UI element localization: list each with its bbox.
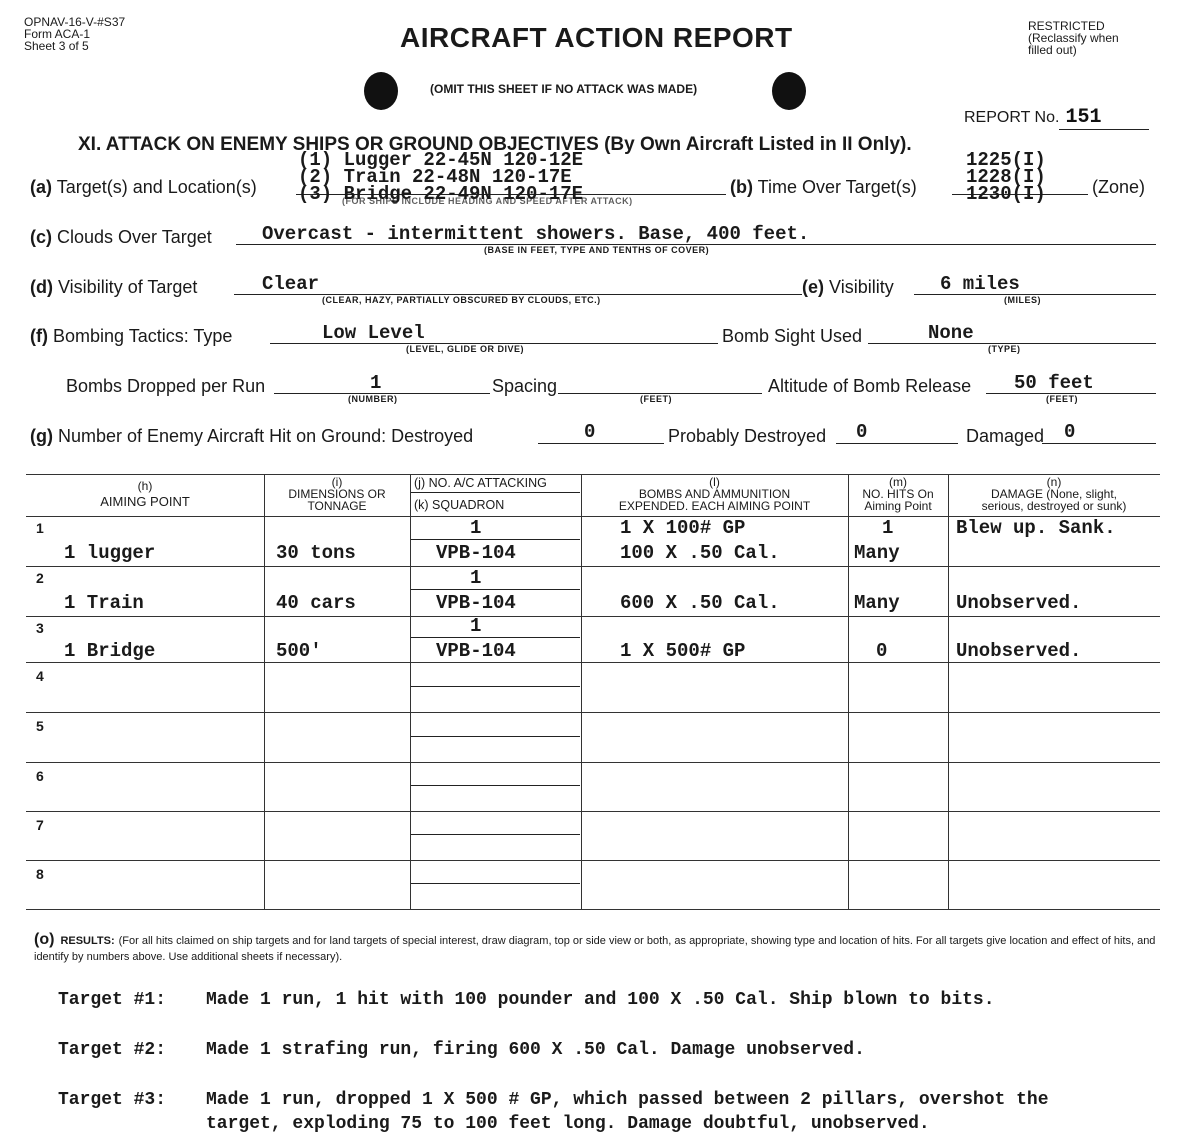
header-l-line-2: EXPENDED. EACH AIMING POINT	[581, 500, 848, 512]
header-no-hits: (m) NO. HITS On Aiming Point	[848, 476, 948, 512]
ammo-cell: 1 X 500# GP	[620, 640, 745, 662]
result-target-label: Target #1:	[58, 990, 206, 1010]
result-entry: Target #2:Made 1 strafing run, firing 60…	[58, 1040, 865, 1060]
report-number-label: REPORT No.	[964, 109, 1059, 126]
ammo-cell: 100 X .50 Cal.	[620, 542, 780, 564]
field-f-hint: (LEVEL, GLIDE OR DIVE)	[406, 344, 524, 354]
result-target-label: Target #3:	[58, 1090, 206, 1110]
results-key: (o)	[34, 931, 54, 948]
header-damage: (n) DAMAGE (None, slight, serious, destr…	[948, 476, 1160, 512]
damage-cell: Unobserved.	[956, 640, 1081, 662]
field-b-key: (b)	[730, 177, 753, 197]
header-h-key: (h)	[26, 480, 264, 492]
field-e-hint: (MILES)	[1004, 295, 1041, 305]
jk-divider	[410, 736, 580, 737]
field-d-hint: (CLEAR, HAZY, PARTIALLY OBSCURED BY CLOU…	[322, 295, 601, 305]
header-no-aircraft: (j) NO. A/C ATTACKING	[414, 477, 547, 489]
classification-note: RESTRICTED (Reclassify when filled out)	[1028, 20, 1119, 56]
row-divider	[26, 662, 1160, 663]
row-number: 8	[36, 866, 44, 882]
visibility-of-target-value: Clear	[262, 273, 319, 295]
damage-cell: Blew up. Sank.	[956, 517, 1116, 539]
results-instructions: (o)RESULTS:(For all hits claimed on ship…	[34, 932, 1164, 965]
bombs-per-run-value: 1	[370, 372, 381, 394]
row-number: 6	[36, 768, 44, 784]
header-aiming-point: (h) AIMING POINT	[26, 480, 264, 508]
damaged-underline	[1042, 443, 1156, 444]
header-squadron: (k) SQUADRON	[414, 499, 504, 511]
row-divider	[26, 860, 1160, 861]
row-number: 3	[36, 620, 44, 636]
table-bottom-border	[26, 909, 1160, 910]
hits-cell: 1	[882, 517, 893, 539]
field-a-label: (a) Target(s) and Location(s)	[30, 177, 257, 198]
probably-destroyed-underline	[836, 443, 958, 444]
bombs-per-run-label: Bombs Dropped per Run	[66, 376, 265, 397]
report-number-value: 151	[1059, 106, 1149, 130]
row-number: 7	[36, 817, 44, 833]
row-divider	[26, 811, 1160, 812]
bombs-per-run-hint: (NUMBER)	[348, 394, 398, 404]
field-f-text: Bombing Tactics: Type	[53, 326, 232, 346]
field-e-label: (e) Visibility	[802, 277, 894, 298]
field-b-text: Time Over Target(s)	[758, 177, 917, 197]
aiming-point-cell: 1 Bridge	[64, 640, 155, 662]
classification-line-3: filled out)	[1028, 44, 1119, 56]
punch-hole-left-icon	[364, 72, 398, 110]
bomb-sight-value: None	[928, 322, 974, 344]
probably-destroyed-label: Probably Destroyed	[668, 426, 826, 447]
row-number: 4	[36, 668, 44, 684]
punch-hole-right-icon	[772, 72, 806, 110]
row-divider	[26, 712, 1160, 713]
destroyed-value: 0	[584, 421, 595, 443]
result-continuation: target, exploding 75 to 100 feet long. D…	[206, 1114, 930, 1134]
row-divider	[26, 616, 1160, 617]
results-label: RESULTS:	[60, 935, 114, 947]
header-m-line-2: Aiming Point	[848, 500, 948, 512]
omit-note: (OMIT THIS SHEET IF NO ATTACK WAS MADE)	[430, 82, 697, 96]
field-d-text: Visibility of Target	[58, 277, 197, 297]
aircraft-count-cell: 1	[470, 615, 481, 637]
field-c-text: Clouds Over Target	[57, 227, 212, 247]
jk-divider	[410, 686, 580, 687]
field-e-text: Visibility	[829, 277, 894, 297]
result-entry: Target #3:Made 1 run, dropped 1 X 500 # …	[58, 1090, 1049, 1110]
aircraft-count-cell: 1	[470, 517, 481, 539]
damaged-label: Damaged	[966, 426, 1044, 447]
row-number: 2	[36, 570, 44, 586]
header-bombs-ammo: (l) BOMBS AND AMMUNITION EXPENDED. EACH …	[581, 476, 848, 512]
result-text: Made 1 run, dropped 1 X 500 # GP, which …	[206, 1090, 1049, 1110]
field-g-text: Number of Enemy Aircraft Hit on Ground: …	[58, 426, 473, 446]
field-a-key: (a)	[30, 177, 52, 197]
squadron-cell: VPB-104	[436, 592, 516, 614]
jk-divider	[410, 539, 580, 540]
result-text: Made 1 run, 1 hit with 100 pounder and 1…	[206, 990, 995, 1010]
header-h-label: AIMING POINT	[26, 496, 264, 508]
row-divider	[26, 762, 1160, 763]
hits-cell: Many	[854, 542, 900, 564]
column-divider	[581, 474, 582, 910]
header-n-line-2: serious, destroyed or sunk)	[948, 500, 1160, 512]
damaged-value: 0	[1064, 421, 1075, 443]
field-c-hint: (BASE IN FEET, TYPE AND TENTHS OF COVER)	[484, 245, 709, 255]
results-instruction-text: (For all hits claimed on ship targets an…	[34, 935, 1155, 963]
header-dimensions: (i) DIMENSIONS OR TONNAGE	[264, 476, 410, 512]
ammo-cell: 1 X 100# GP	[620, 517, 745, 539]
column-divider	[948, 474, 949, 910]
jk-divider	[410, 785, 580, 786]
sheet-number: Sheet 3 of 5	[24, 40, 125, 52]
field-f-label: (f) Bombing Tactics: Type	[30, 326, 232, 347]
time-target-3: 1230(I)	[966, 186, 1046, 203]
spacing-hint: (FEET)	[640, 394, 672, 404]
destroyed-underline	[538, 443, 664, 444]
field-g-key: (g)	[30, 426, 53, 446]
hits-cell: 0	[876, 640, 887, 662]
jk-divider	[410, 637, 580, 638]
altitude-hint: (FEET)	[1046, 394, 1078, 404]
result-target-label: Target #2:	[58, 1040, 206, 1060]
result-entry: Target #1:Made 1 run, 1 hit with 100 pou…	[58, 990, 995, 1010]
jk-divider	[410, 883, 580, 884]
form-codes: OPNAV-16-V-#S37 Form ACA-1 Sheet 3 of 5	[24, 16, 125, 52]
aiming-point-cell: 1 Train	[64, 592, 144, 614]
field-g-label: (g) Number of Enemy Aircraft Hit on Grou…	[30, 426, 473, 447]
field-d-label: (d) Visibility of Target	[30, 277, 197, 298]
probably-destroyed-value: 0	[856, 421, 867, 443]
table-top-border	[26, 474, 1160, 475]
column-divider	[264, 474, 265, 910]
header-i-line-2: TONNAGE	[264, 500, 410, 512]
damage-cell: Unobserved.	[956, 592, 1081, 614]
jk-header-divider	[410, 492, 580, 493]
dimensions-cell: 30 tons	[276, 542, 356, 564]
row-number: 1	[36, 520, 44, 536]
bombing-tactics-value: Low Level	[322, 322, 425, 344]
zone-label: (Zone)	[1092, 177, 1145, 198]
altitude-value: 50 feet	[1014, 372, 1094, 394]
result-text: Made 1 strafing run, firing 600 X .50 Ca…	[206, 1040, 865, 1060]
field-c-label: (c) Clouds Over Target	[30, 227, 212, 248]
row-divider	[26, 566, 1160, 567]
aiming-point-cell: 1 lugger	[64, 542, 155, 564]
field-a-hint: (FOR SHIPS INCLUDE HEADING AND SPEED AFT…	[342, 196, 633, 206]
field-c-key: (c)	[30, 227, 52, 247]
squadron-cell: VPB-104	[436, 640, 516, 662]
spacing-label: Spacing	[492, 376, 557, 397]
ammo-cell: 600 X .50 Cal.	[620, 592, 780, 614]
page-title: AIRCRAFT ACTION REPORT	[400, 22, 793, 54]
bomb-sight-hint: (TYPE)	[988, 344, 1021, 354]
bomb-sight-label: Bomb Sight Used	[722, 326, 862, 347]
column-divider	[848, 474, 849, 910]
field-a-text: Target(s) and Location(s)	[57, 177, 257, 197]
altitude-label: Altitude of Bomb Release	[768, 376, 971, 397]
jk-divider	[410, 589, 580, 590]
aiming-point-table: (h) AIMING POINT (i) DIMENSIONS OR TONNA…	[26, 474, 1160, 910]
time-over-target-value: 1225(I) 1228(I) 1230(I)	[966, 152, 1046, 203]
clouds-over-target-value: Overcast - intermittent showers. Base, 4…	[262, 223, 809, 245]
visibility-miles-value: 6 miles	[940, 273, 1020, 295]
squadron-cell: VPB-104	[436, 542, 516, 564]
field-f-key: (f)	[30, 326, 48, 346]
report-number-field: REPORT No.151	[964, 106, 1149, 130]
field-b-label: (b) Time Over Target(s)	[730, 177, 917, 198]
jk-divider	[410, 834, 580, 835]
dimensions-cell: 40 cars	[276, 592, 356, 614]
row-number: 5	[36, 718, 44, 734]
aircraft-count-cell: 1	[470, 567, 481, 589]
dimensions-cell: 500'	[276, 640, 322, 662]
hits-cell: Many	[854, 592, 900, 614]
field-e-key: (e)	[802, 277, 824, 297]
column-divider	[410, 474, 411, 910]
field-d-key: (d)	[30, 277, 53, 297]
